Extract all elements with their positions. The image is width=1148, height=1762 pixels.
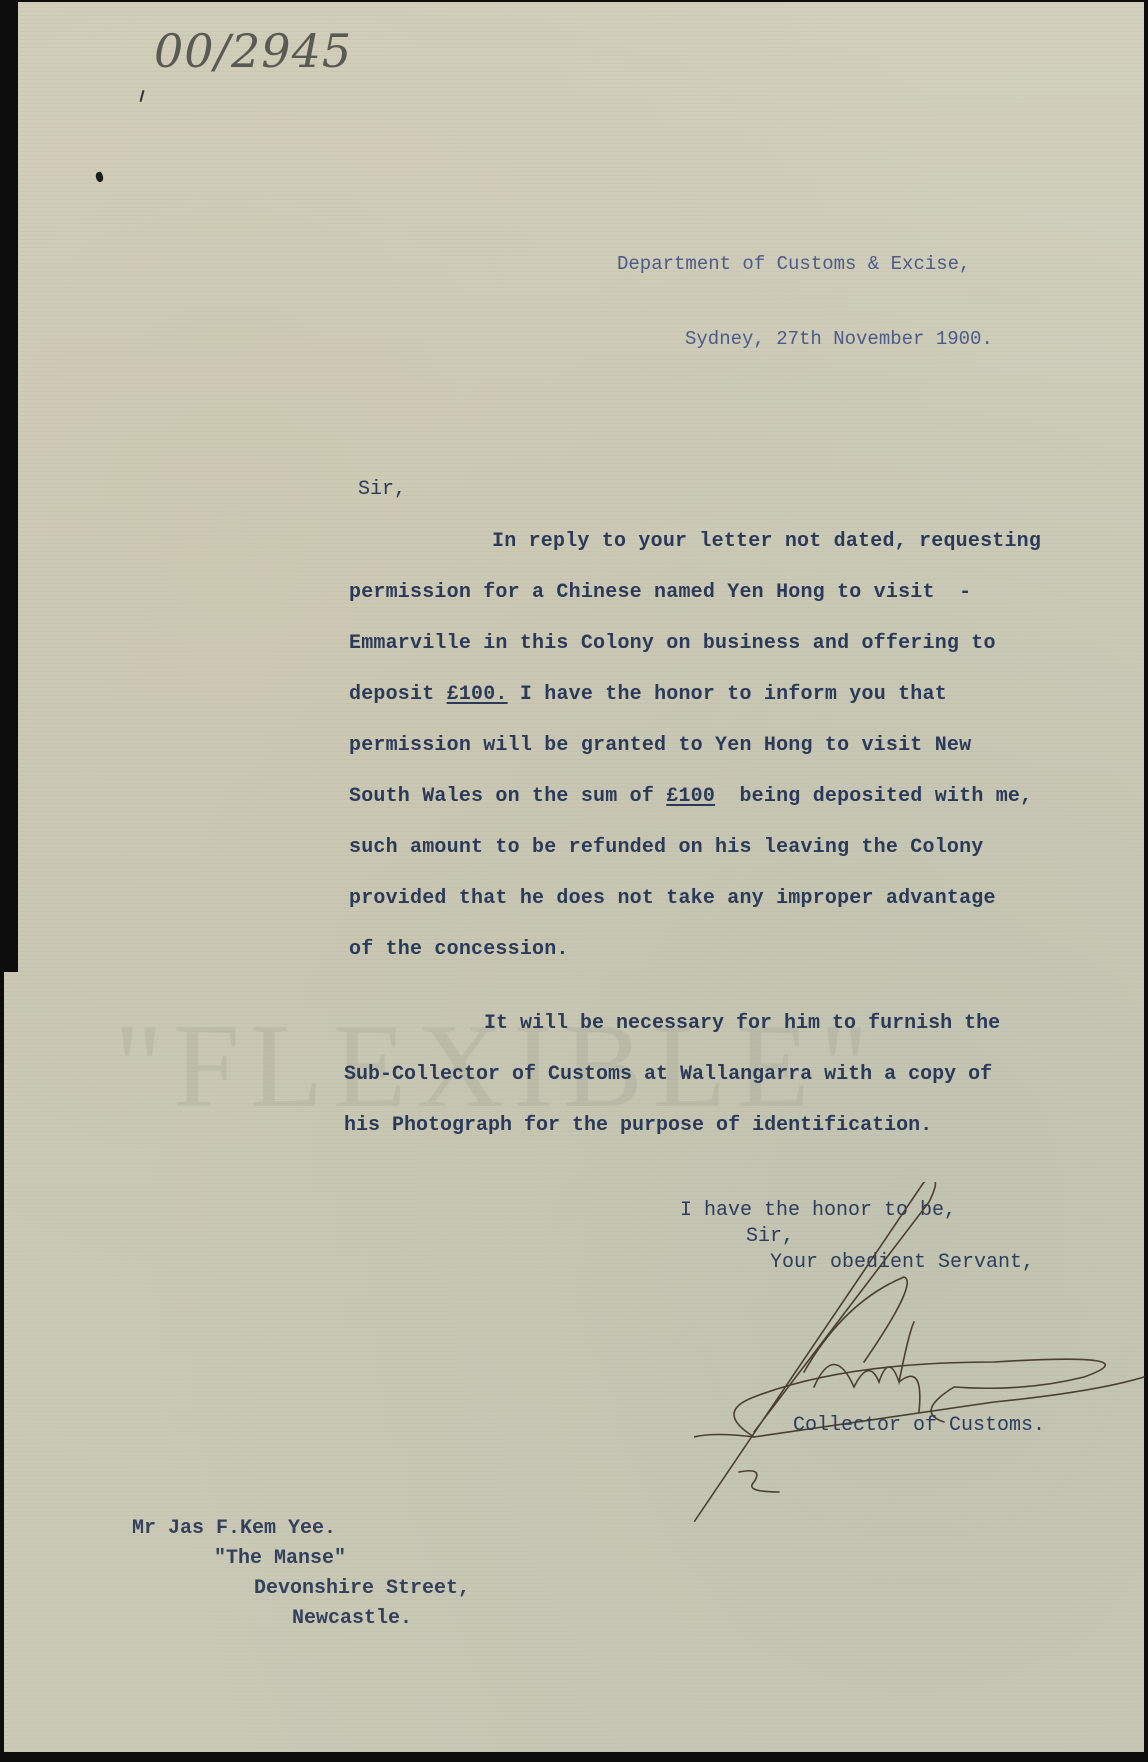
letter-body-paragraph-1: In reply to your letter not dated, reque… [349, 530, 1109, 989]
place-date-line: Sydney, 27th November 1900. [617, 327, 993, 352]
body-text: being deposited with me, [715, 785, 1032, 808]
letterhead: Department of Customs & Excise, Sydney, … [617, 202, 993, 402]
body-line: permission for a Chinese named Yen Hong … [349, 581, 1109, 632]
reference-number: 00/2945 [154, 24, 352, 78]
deposit-amount: £100. [447, 683, 508, 706]
scan-edge-shadow [4, 2, 18, 972]
body-line: It will be necessary for him to furnish … [344, 1012, 1000, 1063]
recipient-name: Mr Jas F.Kem Yee. [132, 1514, 470, 1544]
letter-page: "FLEXIBLE" 00/2945 Department of Customs… [4, 2, 1144, 1752]
body-text: I have the honor to inform you that [508, 683, 947, 706]
recipient-address: Mr Jas F.Kem Yee. "The Manse" Devonshire… [132, 1514, 470, 1634]
recipient-street: Devonshire Street, [132, 1574, 470, 1604]
signatory-title: Collector of Customs. [793, 1414, 1045, 1437]
salutation: Sir, [358, 478, 406, 501]
body-line: provided that he does not take any impro… [349, 887, 1109, 938]
closing-line: Your obedient Servant, [680, 1250, 1034, 1276]
closing-block: I have the honor to be, Sir, Your obedie… [680, 1198, 1034, 1276]
body-line: of the concession. [349, 938, 1109, 989]
body-line: his Photograph for the purpose of identi… [344, 1114, 1000, 1165]
body-text: South Wales on the sum of [349, 785, 666, 808]
body-text: deposit [349, 683, 447, 706]
closing-line: Sir, [680, 1224, 1034, 1250]
body-line: such amount to be refunded on his leavin… [349, 836, 1109, 887]
body-line: South Wales on the sum of £100 being dep… [349, 785, 1109, 836]
body-line: Sub-Collector of Customs at Wallangarra … [344, 1063, 1000, 1114]
body-line: In reply to your letter not dated, reque… [349, 530, 1109, 581]
body-line: Emmarville in this Colony on business an… [349, 632, 1109, 683]
body-line: deposit £100. I have the honor to inform… [349, 683, 1109, 734]
recipient-house: "The Manse" [132, 1544, 470, 1574]
pencil-tick-mark [139, 90, 144, 102]
closing-line: I have the honor to be, [680, 1198, 1034, 1224]
recipient-city: Newcastle. [132, 1604, 470, 1634]
deposit-amount: £100 [666, 785, 715, 808]
letter-body-paragraph-2: It will be necessary for him to furnish … [344, 1012, 1000, 1165]
department-line: Department of Customs & Excise, [617, 252, 993, 277]
body-line: permission will be granted to Yen Hong t… [349, 734, 1109, 785]
ink-blot-mark [95, 171, 105, 183]
